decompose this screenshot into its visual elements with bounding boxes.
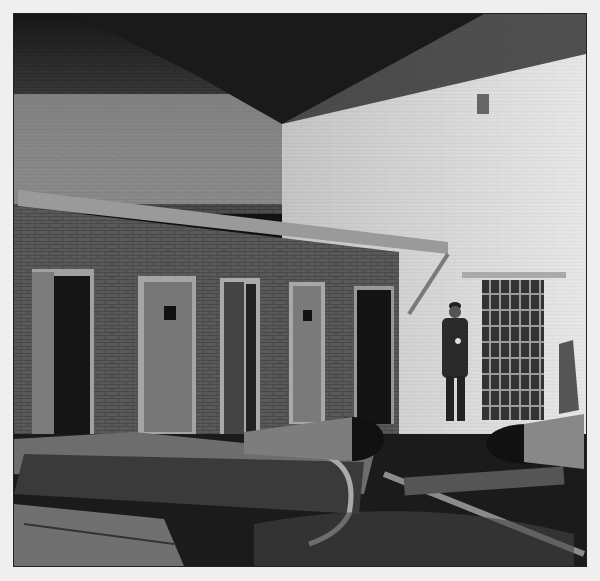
photo-scene — [14, 14, 586, 566]
photograph — [14, 14, 586, 566]
